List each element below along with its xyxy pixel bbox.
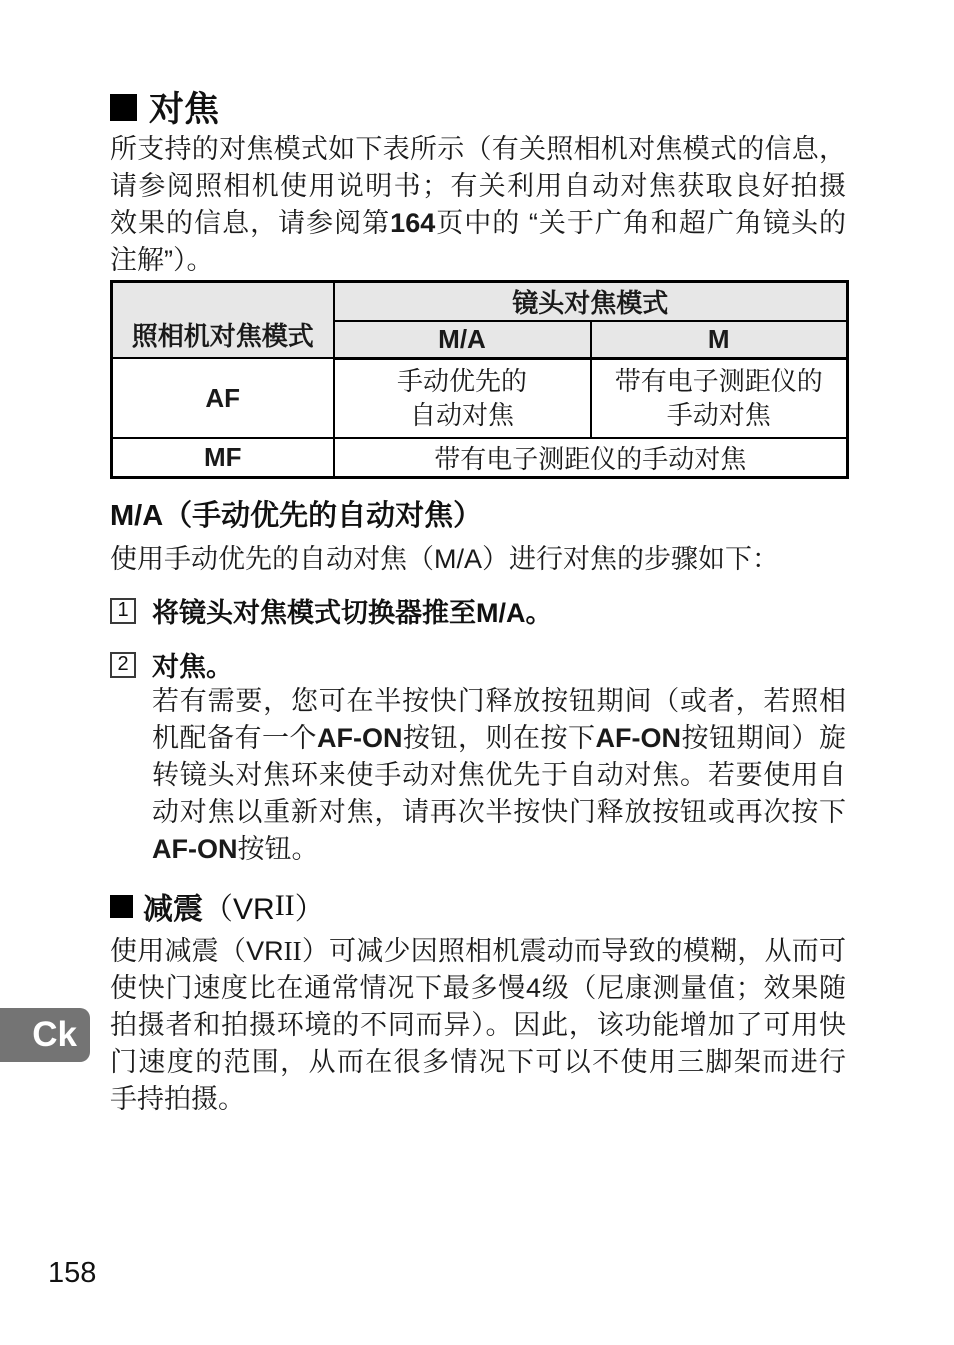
text-line: 注解”）。: [110, 242, 846, 279]
table-header-row-top: 照相机对焦模式 镜头对焦模式: [112, 282, 848, 322]
text-run: 按钮，则在按下: [403, 723, 596, 753]
table-col-header-m: M: [591, 321, 848, 358]
text-run: 效果的信息，请参阅第: [110, 208, 390, 238]
page-number: 158: [48, 1257, 96, 1290]
heading-run: 减震: [143, 884, 203, 928]
table-col-header-ma: M/A: [334, 321, 591, 358]
focus-section-title: 对焦: [110, 82, 219, 132]
side-tab-label: Ck: [32, 1015, 77, 1055]
step-1-number-box: 1: [110, 598, 136, 624]
roman-numeral-run: II: [275, 889, 295, 923]
manual-page: 对焦 所支持的对焦模式如下表所示（有关照相机对焦模式的信息， 请参阅照相机使用说…: [0, 0, 954, 1345]
focus-intro-paragraph: 所支持的对焦模式如下表所示（有关照相机对焦模式的信息， 请参阅照相机使用说明书；…: [110, 131, 846, 279]
ma-subsection-heading: M/A（手动优先的自动对焦）: [110, 493, 482, 534]
vr-section-title: 减震（VRII）: [110, 884, 325, 928]
text-line: 使用减震（VRII）可减少因照相机震动而导致的模糊，从而可: [110, 933, 846, 970]
table-row-af: AF 手动优先的 自动对焦 带有电子测距仪的 手动对焦: [112, 358, 848, 438]
section-square-icon: [110, 895, 133, 918]
text-run: 使用减震（VR: [110, 936, 284, 966]
text-line: 手动对焦: [592, 398, 847, 432]
heading-run: M/A: [110, 500, 163, 532]
step-2-body: 若有需要，您可在半按快门释放按钮期间（或者，若照相 机配备有一个AF-ON按钮，…: [152, 683, 846, 868]
text-line: 门速度的范围，从而在很多情况下可以不使用三脚架而进行: [110, 1044, 846, 1081]
heading-run: （手动优先的自动对焦）: [163, 500, 482, 532]
text-line: 手动优先的: [335, 364, 590, 398]
table-corner-header: 照相机对焦模式: [112, 282, 334, 359]
text-line: 拍摄者和拍摄环境的不同而异）。因此，该功能增加了可用快: [110, 1007, 846, 1044]
mf-row-label: MF: [112, 438, 334, 478]
heading-run: （VR: [203, 884, 275, 928]
text-run: 机配备有一个: [152, 723, 317, 753]
language-side-tab-ck: Ck: [0, 1008, 90, 1062]
af-m-cell: 带有电子测距仪的 手动对焦: [591, 358, 848, 438]
table-top-header: 镜头对焦模式: [334, 282, 848, 322]
text-run: ）可减少因照相机震动而导致的模糊，从而可: [302, 936, 846, 966]
text-line: 请参阅照相机使用说明书；有关利用自动对焦获取良好拍摄: [110, 168, 846, 205]
text-line: 动对焦以重新对焦，请再次半按快门释放按钮或再次按下: [152, 794, 846, 831]
heading-run: ）: [295, 884, 325, 928]
step-1-label: 将镜头对焦模式切换器推至M/A。: [152, 591, 553, 630]
text-line: AF-ON按钮。: [152, 831, 846, 868]
roman-numeral-run: II: [284, 936, 302, 966]
text-run: 按钮期间）旋: [681, 723, 846, 753]
focus-title-text: 对焦: [149, 82, 219, 132]
step-2-label: 对焦。: [152, 645, 233, 684]
text-line: 若有需要，您可在半按快门释放按钮期间（或者，若照相: [152, 683, 846, 720]
focus-mode-table: 照相机对焦模式 镜头对焦模式 M/A M AF 手动优先的 自动对焦 带有电子测…: [110, 280, 849, 479]
step-1-row: 1 将镜头对焦模式切换器推至M/A。: [110, 591, 553, 630]
text-line: 自动对焦: [335, 398, 590, 432]
text-line: 转镜头对焦环来使手动对焦优先于自动对焦。若要使用自: [152, 757, 846, 794]
table-row-mf: MF 带有电子测距仪的手动对焦: [112, 438, 848, 478]
text-line: 使快门速度比在通常情况下最多慢4级（尼康测量值；效果随: [110, 970, 846, 1007]
page-ref-number: 164: [390, 208, 435, 238]
step-2-row: 2 对焦。: [110, 645, 233, 684]
text-run: 页中的 “关于广角和超广角镜头的: [435, 208, 846, 238]
section-square-icon: [110, 94, 137, 121]
vr-body-paragraph: 使用减震（VRII）可减少因照相机震动而导致的模糊，从而可 使快门速度比在通常情…: [110, 933, 846, 1118]
af-ma-cell: 手动优先的 自动对焦: [334, 358, 591, 438]
text-run: 按钮。: [237, 834, 318, 864]
text-line: 效果的信息，请参阅第164页中的 “关于广角和超广角镜头的: [110, 205, 846, 242]
mf-value-cell: 带有电子测距仪的手动对焦: [334, 438, 848, 478]
text-line: 机配备有一个AF-ON按钮，则在按下AF-ON按钮期间）旋: [152, 720, 846, 757]
step-2-number-box: 2: [110, 652, 136, 678]
ma-intro-line: 使用手动优先的自动对焦（M/A）进行对焦的步骤如下：: [110, 541, 846, 578]
af-row-label: AF: [112, 358, 334, 438]
af-on-run: AF-ON: [317, 723, 402, 753]
af-on-run: AF-ON: [596, 723, 681, 753]
text-line: 所支持的对焦模式如下表所示（有关照相机对焦模式的信息，: [110, 131, 846, 168]
text-line: 手持拍摄。: [110, 1081, 846, 1118]
text-line: 带有电子测距仪的: [592, 364, 847, 398]
af-on-run: AF-ON: [152, 834, 237, 864]
